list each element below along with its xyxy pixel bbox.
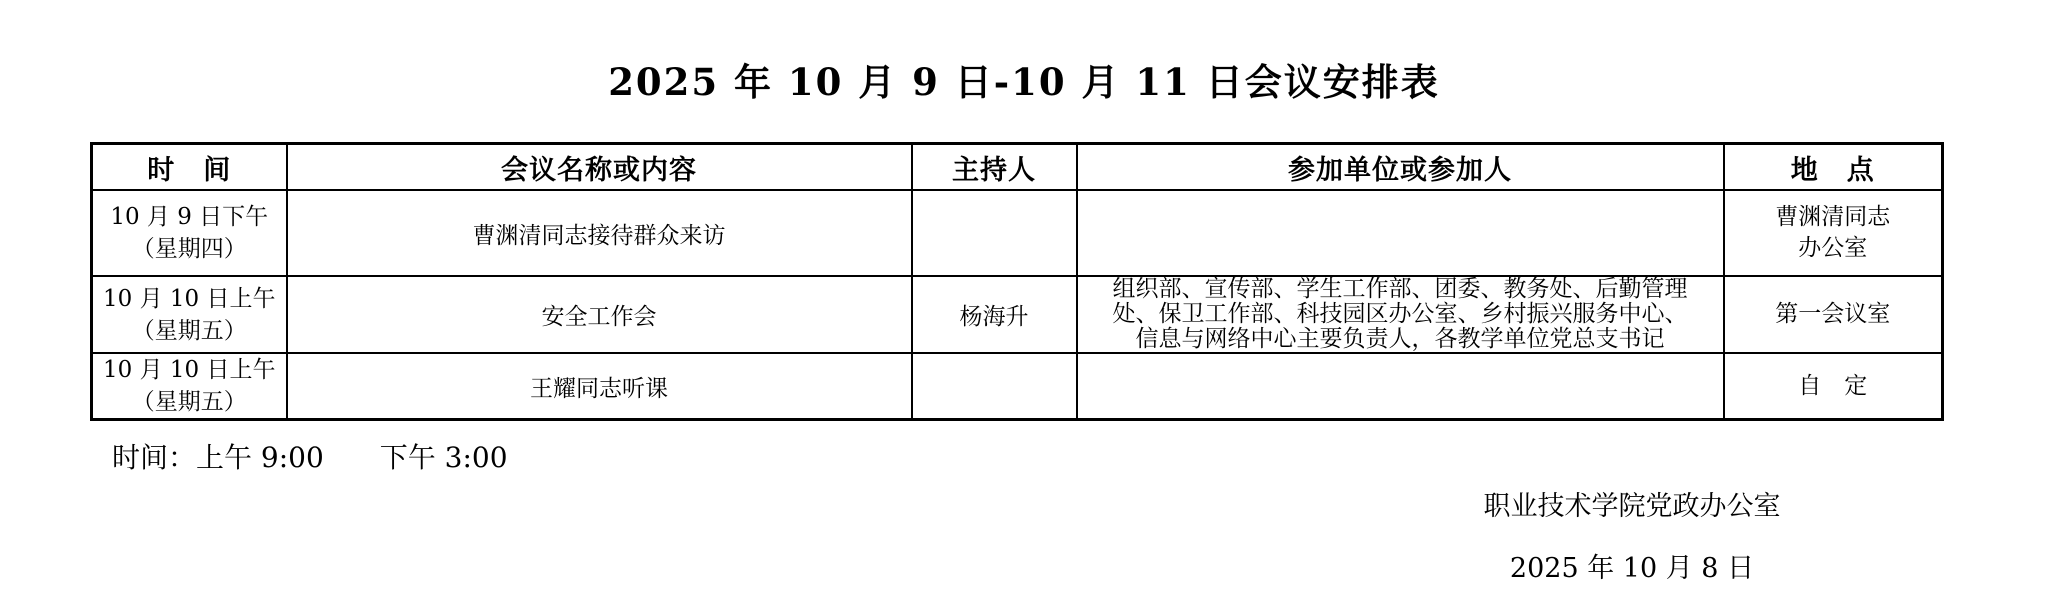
cell-time: 10 月 9 日下午 （星期四） [92,190,287,276]
meeting-schedule-table: 时 间 会议名称或内容 主持人 参加单位或参加人 地 点 10 月 9 日下午 … [90,142,1944,421]
table-row: 10 月 10 日上午 （星期五） 王耀同志听课 自 定 [92,353,1943,420]
header-cell-host: 主持人 [912,144,1077,191]
cell-meeting: 安全工作会 [287,276,912,353]
cell-participants [1077,353,1724,420]
document-page: { "page": { "title": "2025 年 10 月 9 日-10… [0,0,2048,607]
table-row: 10 月 10 日上午 （星期五） 安全工作会 杨海升 组织部、宣传部、学生工作… [92,276,1943,353]
cell-participants [1077,190,1724,276]
header-cell-location: 地 点 [1724,144,1943,191]
header-cell-time: 时 间 [92,144,287,191]
header-cell-meeting: 会议名称或内容 [287,144,912,191]
cell-meeting: 王耀同志听课 [287,353,912,420]
signature-block: 职业技术学院党政办公室 2025 年 10 月 8 日 [1280,476,1984,600]
cell-meeting: 曹渊清同志接待群众来访 [287,190,912,276]
page-title: 2025 年 10 月 9 日-10 月 11 日会议安排表 [0,52,2048,106]
cell-location: 自 定 [1724,353,1943,420]
footer-time-note: 时间：上午 9:00 下午 3:00 [112,436,508,476]
header-cell-participants: 参加单位或参加人 [1077,144,1724,191]
cell-host [912,190,1077,276]
cell-host [912,353,1077,420]
signature-org: 职业技术学院党政办公室 [1280,476,1984,538]
table-row: 10 月 9 日下午 （星期四） 曹渊清同志接待群众来访 曹渊清同志 办公室 [92,190,1943,276]
cell-location: 曹渊清同志 办公室 [1724,190,1943,276]
cell-location: 第一会议室 [1724,276,1943,353]
cell-time: 10 月 10 日上午 （星期五） [92,353,287,420]
cell-participants: 组织部、宣传部、学生工作部、团委、教务处、后勤管理 处、保卫工作部、科技园区办公… [1077,276,1724,353]
header-row: 时 间 会议名称或内容 主持人 参加单位或参加人 地 点 [92,144,1943,191]
cell-host: 杨海升 [912,276,1077,353]
cell-time: 10 月 10 日上午 （星期五） [92,276,287,353]
signature-date: 2025 年 10 月 8 日 [1280,538,1984,600]
